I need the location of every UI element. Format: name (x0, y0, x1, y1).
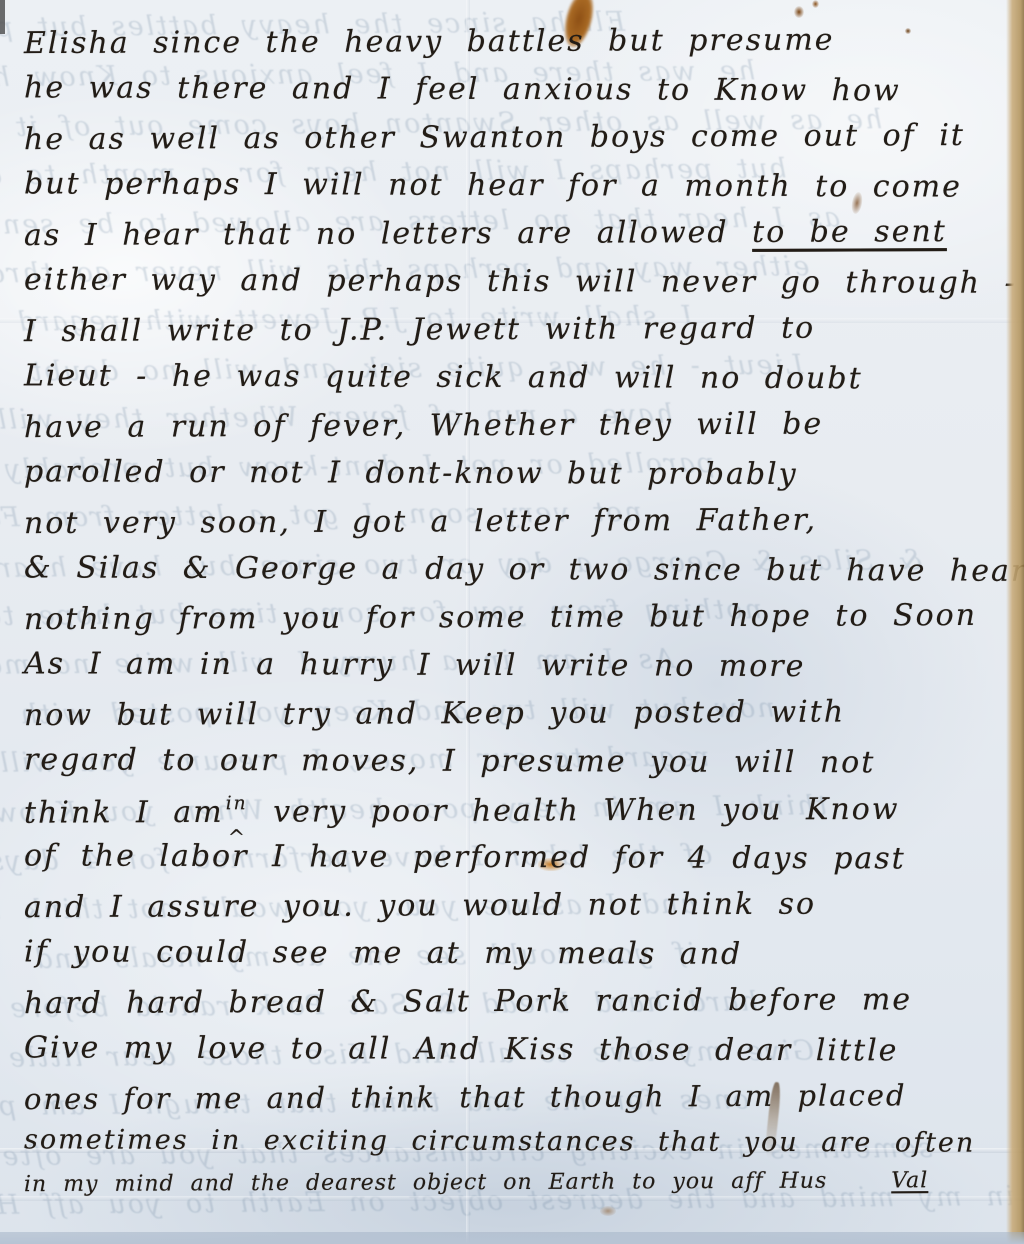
letter-line: I shall write to J.P. Jewett with regard… (24, 310, 988, 362)
text-segment: of the labor I have performed for 4 days… (24, 838, 906, 876)
text-segment: in my mind and the dearest object on Ear… (24, 1169, 827, 1198)
inserted-word: in (226, 793, 248, 814)
page-edge-right (1006, 0, 1024, 1244)
letter-line: Elisha since the heavy battles but presu… (24, 22, 988, 74)
letter-line: he was there and I feel anxious to Know … (24, 70, 988, 121)
text-segment: nothing from you for some time but hope … (24, 598, 977, 637)
letter-line: now but will try and Keep you posted wit… (24, 694, 988, 746)
letter-line: in my mind and the dearest object on Ear… (24, 1168, 988, 1212)
text-segment: As I am in a hurry I will write no more (24, 646, 806, 684)
letter-line: regard to our moves, I presume you will … (24, 742, 988, 793)
letter-line: & Silas & George a day or two since but … (24, 550, 988, 601)
paper-background: Elisha since the heavy battles but presu… (0, 0, 1024, 1244)
page-edge-bottom (0, 1232, 1024, 1244)
letter-line: Give my love to all And Kiss those dear … (24, 1030, 988, 1081)
ink-stain-mark (812, 0, 819, 8)
letter-line: either way and perhaps this will never g… (24, 262, 988, 313)
letter-line: ones for me and think that though I am p… (24, 1078, 988, 1128)
underlined-text: to be sent (752, 214, 947, 250)
signature-text: Val (891, 1168, 928, 1193)
text-segment: Lieut - he was quite sick and will no do… (24, 358, 863, 396)
text-segment: very poor health When you Know (250, 792, 900, 830)
text-segment: and I assure you. you would not think so (24, 887, 816, 925)
text-segment: sometimes in exciting circumstances that… (24, 1124, 975, 1158)
text-segment: I shall write to J.P. Jewett with regard… (24, 311, 815, 349)
text-segment: Elisha since the heavy battles but presu… (24, 23, 835, 62)
letter-line: parolled or not I dont-know but probably (24, 454, 988, 505)
text-segment: now but will try and Keep you posted wit… (24, 695, 845, 734)
letter-line: he as well as other Swanton boys come ou… (24, 118, 988, 170)
text-segment: regard to our moves, I presume you will … (24, 742, 875, 780)
letter-line: and I assure you. you would not think so (24, 886, 988, 938)
page-corner-notch (0, 0, 5, 34)
letter-line: Lieut - he was quite sick and will no do… (24, 358, 988, 409)
letter-line: sometimes in exciting circumstances that… (24, 1124, 988, 1171)
letter-line: nothing from you for some time but hope … (24, 598, 988, 650)
ink-stain-mark (794, 6, 804, 18)
text-segment: he as well as other Swanton boys come ou… (24, 118, 965, 157)
text-segment: if you could see me at my meals and (24, 934, 742, 972)
text-segment: have a run of fever, Whether they will b… (24, 407, 823, 445)
letter-line: have a run of fever, Whether they will b… (24, 406, 988, 458)
letter-line: but perhaps I will not hear for a month … (24, 166, 988, 217)
text-segment: parolled or not I dont-know but probably (24, 454, 798, 492)
text-segment: hard hard bread & Salt Pork rancid befor… (24, 982, 912, 1021)
letter-line: not very soon, I got a letter from Fathe… (24, 502, 988, 554)
text-segment: as I hear that no letters are allowed (24, 215, 752, 253)
text-segment: think I am (24, 795, 224, 831)
text-segment: but perhaps I will not hear for a month … (24, 166, 962, 204)
text-segment: either way and perhaps this will never g… (24, 262, 1017, 300)
letter-line: of the labor I have performed for 4 days… (24, 838, 988, 889)
letter-line: if you could see me at my meals and (24, 934, 988, 985)
letter-line: As I am in a hurry I will write no more (24, 646, 988, 697)
letter-line: as I hear that no letters are allowed to… (24, 214, 988, 266)
text-segment: & Silas & George a day or two since but … (24, 550, 1024, 589)
letter-line: hard hard bread & Salt Pork rancid befor… (24, 982, 988, 1034)
text-segment: not very soon, I got a letter from Fathe… (24, 503, 817, 541)
text-segment: Give my love to all And Kiss those dear … (24, 1030, 899, 1068)
text-segment: he was there and I feel anxious to Know … (24, 70, 901, 108)
text-segment: ones for me and think that though I am p… (24, 1078, 907, 1116)
letter-line: think I amin very poor health When you K… (24, 790, 988, 842)
letter-body: Elisha since the heavy battles but presu… (24, 24, 988, 1210)
